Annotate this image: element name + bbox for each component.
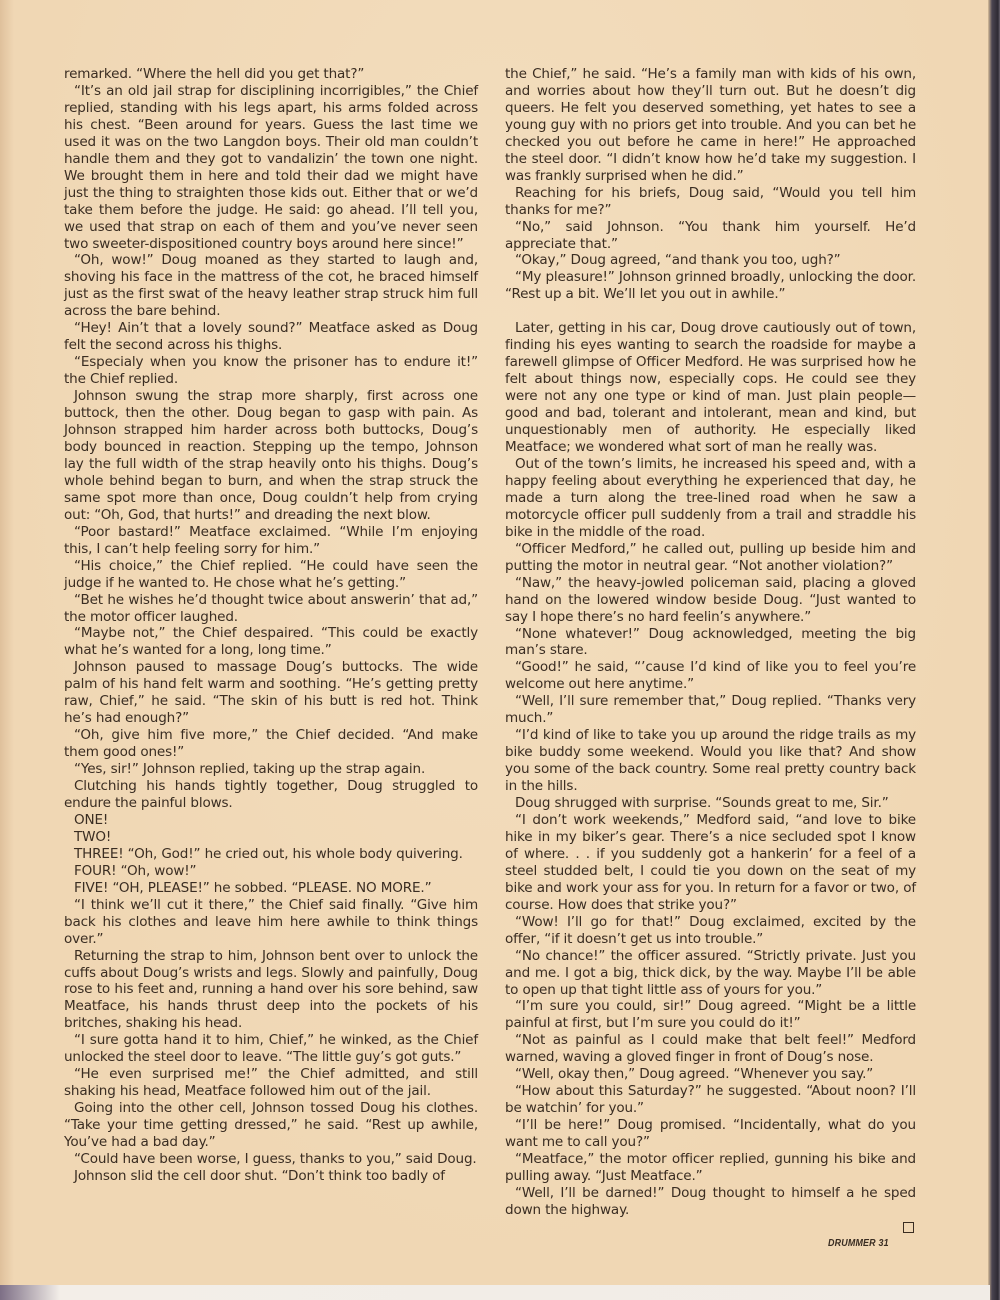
paragraph: “Could have been worse, I guess, thanks … [64,1151,478,1168]
paragraph: Returning the strap to him, Johnson bent… [64,948,478,1033]
paragraph: TWO! [64,829,478,846]
paragraph: “I think we’ll cut it there,” the Chief … [64,897,478,948]
paragraph: “Well, I’ll sure remember that,” Doug re… [505,693,916,727]
paragraph: the Chief,” he said. “He’s a family man … [505,66,916,185]
end-of-story-square-icon [903,1222,914,1233]
paragraph: “Officer Medford,” he called out, pullin… [505,541,916,575]
paragraph: FOUR! “Oh, wow!” [64,863,478,880]
paragraph: “I’m sure you could, sir!” Doug agreed. … [505,998,916,1032]
paragraph: “I’ll be here!” Doug promised. “Incident… [505,1117,916,1151]
paragraph: Johnson paused to massage Doug’s buttock… [64,659,478,727]
paragraph: “Yes, sir!” Johnson replied, taking up t… [64,761,478,778]
paragraph: THREE! “Oh, God!” he cried out, his whol… [64,846,478,863]
paragraph: “Meatface,” the motor officer replied, g… [505,1151,916,1185]
paragraph: “No,” said Johnson. “You thank him yours… [505,219,916,253]
right-text-column: the Chief,” he said. “He’s a family man … [505,66,916,1233]
paragraph: “He even surprised me!” the Chief admitt… [64,1066,478,1100]
paragraph: “Well, okay then,” Doug agreed. “Wheneve… [505,1066,916,1083]
paragraph: Later, getting in his car, Doug drove ca… [505,320,916,456]
paragraph: “His choice,” the Chief replied. “He cou… [64,558,478,592]
page-bottom-edge [0,1285,990,1300]
paragraph: Doug shrugged with surprise. “Sounds gre… [505,795,916,812]
paragraph: “Naw,” the heavy-jowled policeman said, … [505,575,916,626]
paragraph: “Okay,” Doug agreed, “and thank you too,… [505,252,916,269]
paragraph: “None whatever!” Doug acknowledged, meet… [505,626,916,660]
left-text-column: remarked. “Where the hell did you get th… [64,66,478,1185]
paragraph: FIVE! “OH, PLEASE!” he sobbed. “PLEASE. … [64,880,478,897]
paragraph: “Oh, give him five more,” the Chief deci… [64,727,478,761]
paragraph: “Bet he wishes he’d thought twice about … [64,592,478,626]
paragraph: “I don’t work weekends,” Medford said, “… [505,812,916,914]
magazine-page: remarked. “Where the hell did you get th… [0,0,990,1285]
paragraph: “Hey! Ain’t that a lovely sound?” Meatfa… [64,320,478,354]
paragraph: “Oh, wow!” Doug moaned as they started t… [64,252,478,320]
paragraph: remarked. “Where the hell did you get th… [64,66,478,83]
paragraph: Clutching his hands tightly together, Do… [64,778,478,812]
paragraph: Johnson swung the strap more sharply, fi… [64,388,478,524]
paragraph: “It’s an old jail strap for disciplining… [64,83,478,253]
paragraph: Reaching for his briefs, Doug said, “Wou… [505,185,916,219]
page-folio: DRUMMER 31 [828,1237,889,1249]
paragraph: Out of the town’s limits, he increased h… [505,456,916,541]
paragraph: “How about this Saturday?” he suggested.… [505,1083,916,1117]
paragraph: “Good!” he said, “’cause I’d kind of lik… [505,659,916,693]
paragraph: “I sure gotta hand it to him, Chief,” he… [64,1032,478,1066]
paragraph: “Not as painful as I could make that bel… [505,1032,916,1066]
paragraph: “Especialy when you know the prisoner ha… [64,354,478,388]
binding-edge [988,0,1000,1300]
paragraph: “Maybe not,” the Chief despaired. “This … [64,625,478,659]
paragraph: ONE! [64,812,478,829]
paragraph: “No chance!” the officer assured. “Stric… [505,948,916,999]
paragraph: “Wow! I’ll go for that!” Doug exclaimed,… [505,914,916,948]
paragraph: “My pleasure!” Johnson grinned broadly, … [505,269,916,303]
paragraph: “I’d kind of like to take you up around … [505,727,916,795]
paragraph: “Poor bastard!” Meatface exclaimed. “Whi… [64,524,478,558]
paragraph: Johnson slid the cell door shut. “Don’t … [64,1168,478,1185]
paragraph: Going into the other cell, Johnson tosse… [64,1100,478,1151]
paragraph: “Well, I’ll be darned!” Doug thought to … [505,1185,916,1219]
